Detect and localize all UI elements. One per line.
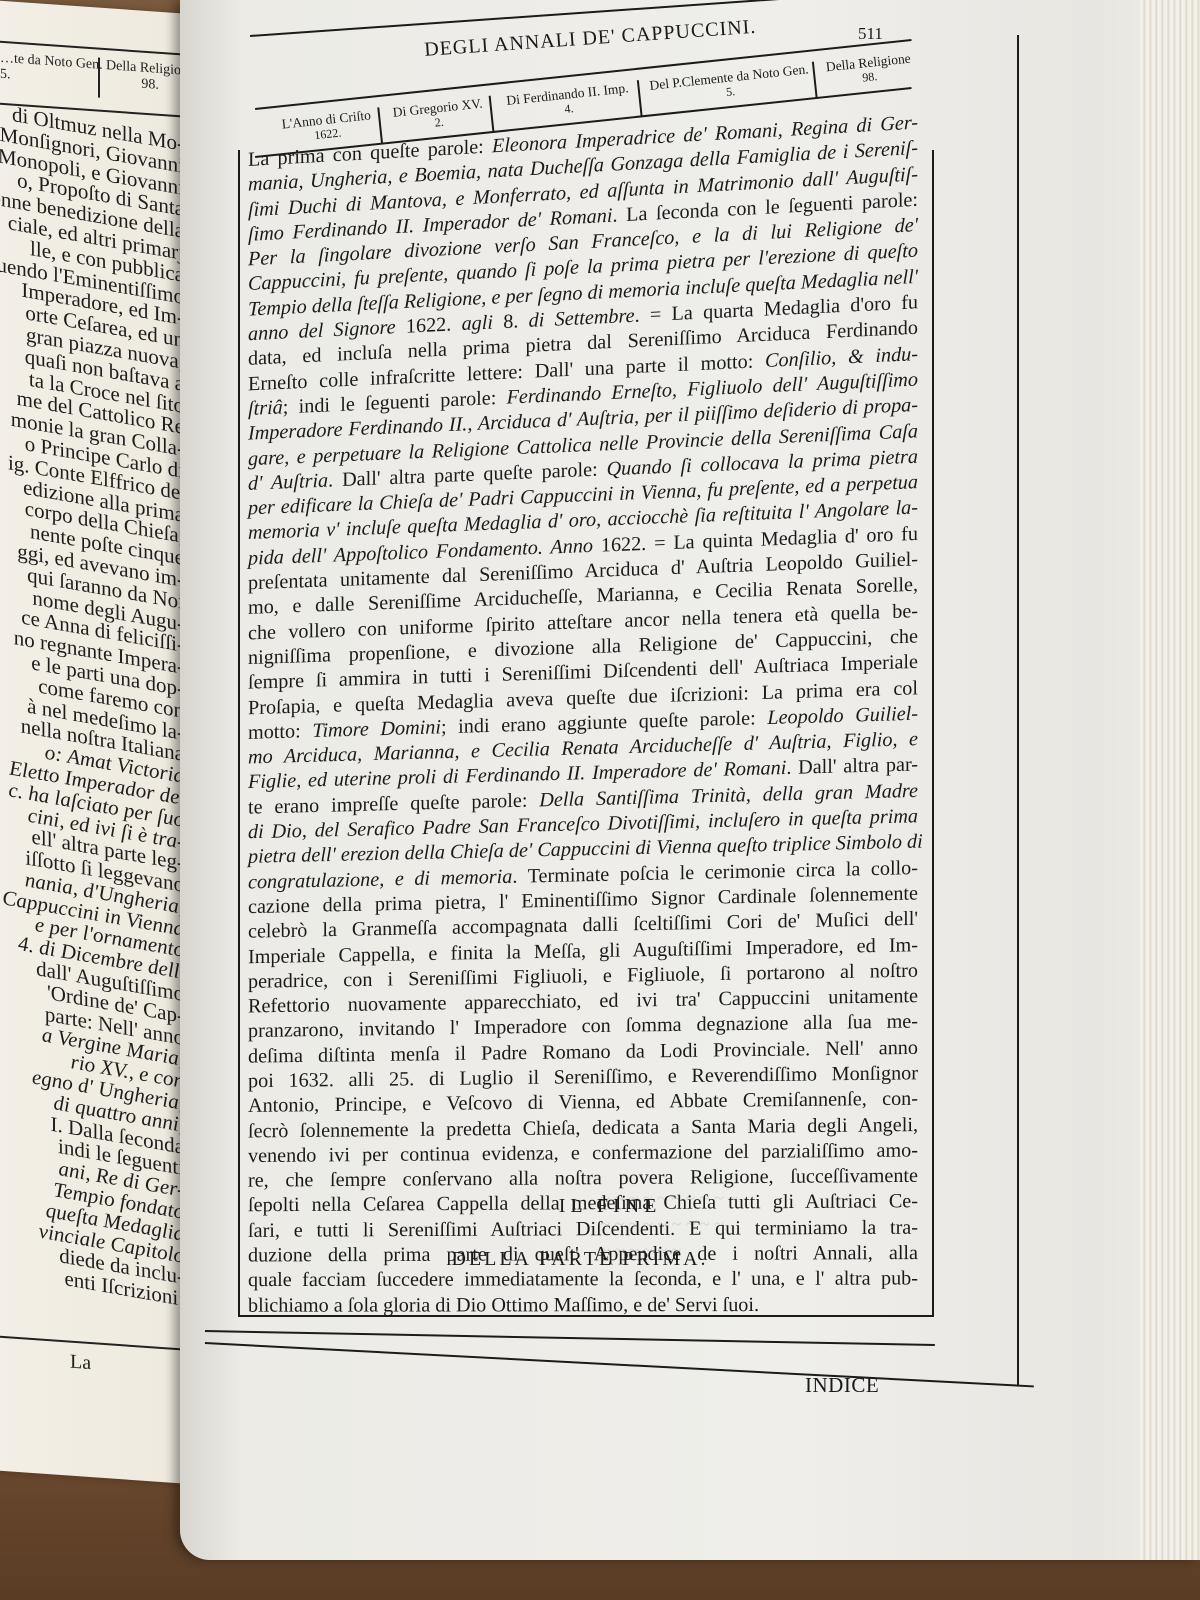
left-header-num: 5. bbox=[0, 67, 11, 83]
closing-title: IL FINE bbox=[230, 1195, 960, 1218]
left-catchword: La bbox=[70, 1351, 91, 1375]
body-text: La prima con queſte parole: Eleonora Imp… bbox=[248, 148, 918, 1337]
body-text-lines: La prima con queſte parole: Eleonora Imp… bbox=[248, 111, 918, 1337]
page-number: 511 bbox=[858, 24, 883, 44]
left-header-num: 98. bbox=[141, 77, 159, 93]
left-header-label: …te da Noto Gen. bbox=[0, 51, 103, 73]
left-page-text: di Oltmuz nella Mo-Monſignori, GiovanniM… bbox=[0, 100, 190, 1312]
closing-subtitle: DELLA PARTE PRIMA. bbox=[230, 1248, 930, 1271]
page-edges bbox=[1140, 0, 1200, 1560]
outer-frame-right-rule bbox=[1017, 35, 1019, 1385]
catchword: INDICE bbox=[805, 1373, 879, 1398]
body-text-line: blichiamo a ſola gloria di Dio Ottimo Ma… bbox=[248, 1293, 918, 1319]
left-header-col-general: …te da Noto Gen. 5. bbox=[0, 51, 103, 90]
